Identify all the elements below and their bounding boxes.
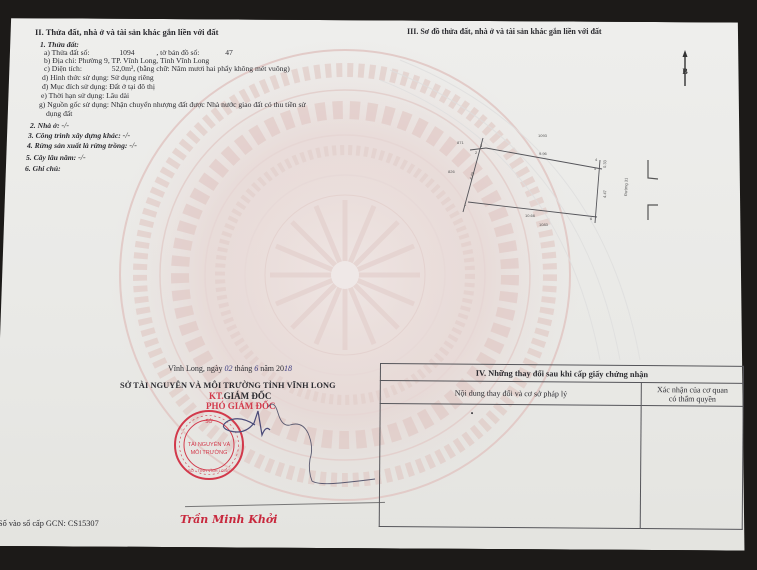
registry-label: Số vào sổ cấp GCN: (0, 519, 66, 528)
changes-content-cell: • (379, 404, 641, 529)
section-ii-title: II. Thửa đất, nhà ở và tài sản khác gắn … (35, 27, 218, 37)
use-purpose-value: Đất ở tại đô thị (109, 82, 155, 91)
use-form-label: d) Hình thức sử dụng: (42, 73, 109, 82)
other-construction-row: 3. Công trình xây dựng khác: -/- (28, 131, 130, 140)
section-iii-title: III. Sơ đồ thửa đất, nhà ở và tài sản kh… (407, 27, 602, 36)
origin-row: g) Nguồn gốc sử dụng: Nhận chuyển nhượng… (39, 100, 306, 109)
use-purpose-row: đ) Mục đích sử dụng: Đất ở tại đô thị (42, 82, 155, 91)
perennial-trees-row: 5. Cây lâu năm: -/- (26, 153, 86, 162)
area-row: c) Diện tích: 52,0m², (bằng chữ: Năm mươ… (44, 64, 290, 73)
edge-right-small: 0.33 (602, 159, 607, 168)
column-header-changes: Nội dung thay đổi và cơ sở pháp lý (380, 381, 642, 406)
origin-label: g) Nguồn gốc sử dụng: (39, 100, 109, 109)
confirmation-cell (641, 406, 744, 530)
use-term-row: e) Thời hạn sử dụng: Lâu dài (41, 91, 129, 100)
registry-row: Số vào sổ cấp GCN: CS15307 (0, 519, 99, 528)
edge-bottom: 10.66 (525, 213, 536, 218)
svg-text:2: 2 (475, 150, 478, 155)
date-month: 6 (254, 364, 258, 373)
use-term-value: Lâu dài (106, 91, 129, 100)
north-label: B (682, 67, 688, 76)
svg-text:3: 3 (480, 143, 483, 148)
parcel-diagram: 1093 1083 871 826 9.96 10.66 4.49 4.47 0… (440, 128, 660, 238)
issuing-authority: SỞ TÀI NGUYÊN VÀ MÔI TRƯỜNG TỈNH VĨNH LO… (120, 381, 336, 390)
neighbor-left: 826 (448, 169, 455, 174)
production-forest-row: 4. Rừng sản xuất là rừng trồng: -/- (27, 141, 137, 150)
use-form-value: Sử dụng riêng (111, 73, 154, 82)
north-arrow-icon: B (670, 48, 700, 88)
signer-name: Trần Minh Khởi (180, 513, 277, 526)
origin-value: Nhận chuyển nhượng đất được Nhà nước gia… (111, 100, 306, 109)
corner-marks (640, 155, 680, 225)
svg-text:1: 1 (464, 202, 467, 207)
edge-left: 4.49 (468, 171, 475, 181)
neighbor-top: 1093 (538, 133, 548, 138)
svg-text:5: 5 (594, 166, 597, 171)
neighbor-left-top: 871 (457, 140, 464, 145)
date-day: 02 (224, 364, 232, 373)
origin-value-cont: dụng đất (46, 109, 72, 118)
svg-text:4: 4 (595, 157, 598, 162)
map-sheet-value: 47 (225, 48, 233, 57)
edge-top: 9.96 (539, 151, 548, 156)
notes-row: 6. Ghi chú: (25, 164, 61, 173)
neighbor-bottom: 1083 (539, 222, 549, 227)
use-form-row: d) Hình thức sử dụng: Sử dụng riêng (42, 73, 154, 82)
date-line: Vĩnh Long, ngày 02 tháng 6 năm 2018 (168, 364, 292, 373)
area-label: c) Diện tích: (44, 64, 82, 73)
edge-right: 4.47 (602, 189, 607, 198)
use-term-label: e) Thời hạn sử dụng: (41, 91, 104, 100)
signature-scribble (210, 395, 380, 505)
registry-value: CS15307 (68, 519, 99, 528)
street-label: Đường 31 (623, 177, 629, 196)
use-purpose-label: đ) Mục đích sử dụng: (42, 82, 107, 91)
column-header-confirmation: Xác nhận của cơ quan có thẩm quyền (642, 383, 744, 407)
date-year: 18 (284, 364, 292, 373)
changes-table: IV. Những thay đổi sau khi cấp giấy chứn… (379, 363, 744, 530)
house-row: 2. Nhà ở: -/- (30, 121, 69, 130)
area-value: 52,0m², (bằng chữ: Năm mươi hai phẩy khô… (112, 64, 290, 73)
